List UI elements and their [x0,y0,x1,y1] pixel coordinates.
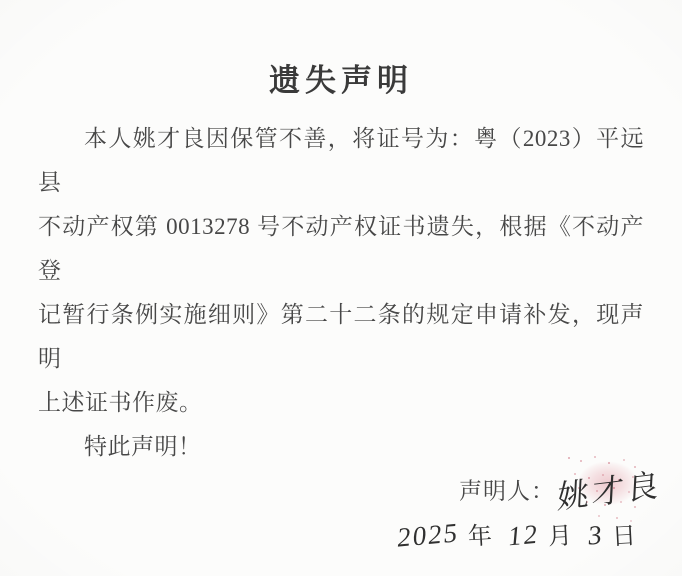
signature-row: 声明人：姚才良 [0,469,662,513]
body-line-2: 不动产权第 0013278 号不动产权证书遗失，根据《不动产登 [38,205,644,293]
date-day-unit: 日 [611,514,637,559]
date-month: 12 [506,512,541,559]
date-year: 2025 [395,510,461,559]
declaration-document: 遗失声明 本人姚才良因保管不善，将证号为：粤（2023）平远县 不动产权第 00… [0,0,682,576]
declarant-label: 声明人： [459,478,555,503]
body-line-4: 上述证书作废。 [38,381,644,425]
date-year-unit: 年 [466,514,492,559]
closing-statement: 特此声明！ [38,425,644,469]
body-line-3: 记暂行条例实施细则》第二十二条的规定申请补发，现声明 [38,293,644,381]
document-title: 遗失声明 [0,62,682,100]
document-body: 本人姚才良因保管不善，将证号为：粤（2023）平远县 不动产权第 0013278… [38,117,644,469]
body-line-1: 本人姚才良因保管不善，将证号为：粤（2023）平远县 [38,117,644,205]
date-month-unit: 月 [546,514,572,559]
handwritten-date-row: 2025年12月3日 [0,513,636,557]
